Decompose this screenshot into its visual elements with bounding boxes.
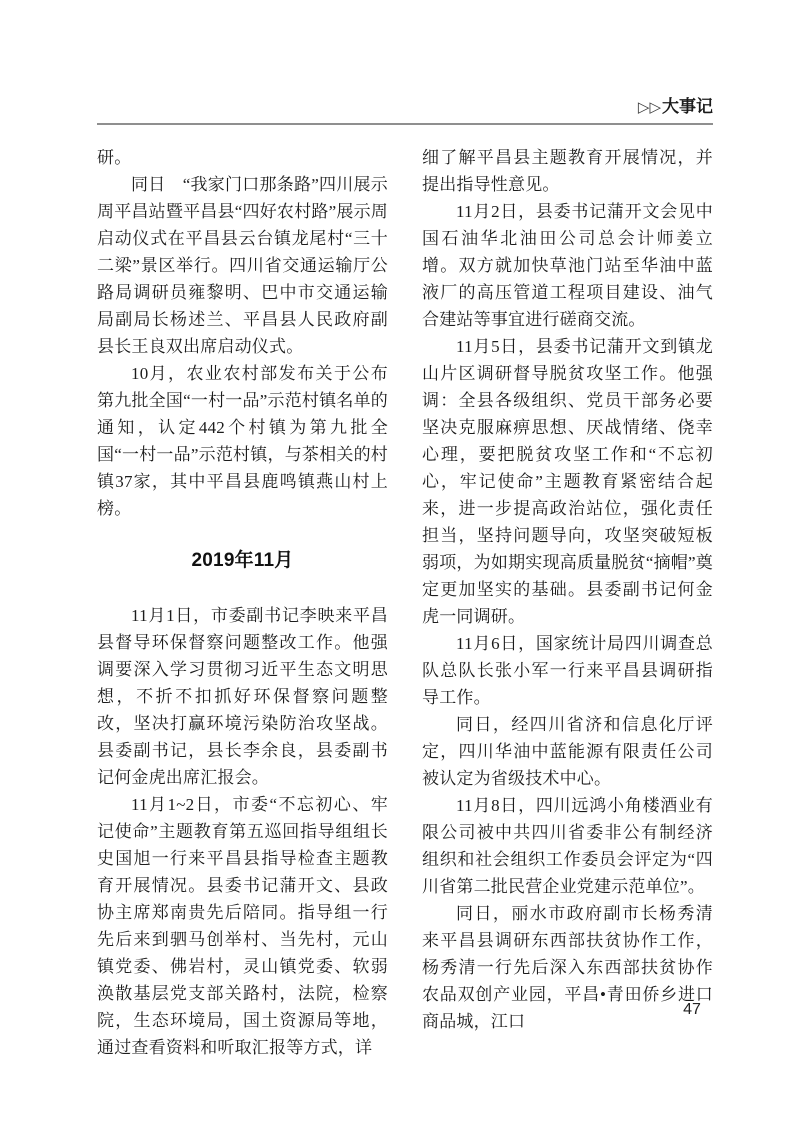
page-content: ▷▷大事记 研。同日 “我家门口那条路”四川展示周平昌站暨平昌县“四好农村路”展… bbox=[97, 97, 713, 1061]
paragraph: 11月8日，四川远鸿小角楼酒业有限公司被中共四川省委非公有制经济组织和社会组织工… bbox=[422, 792, 713, 900]
header-title: 大事记 bbox=[662, 97, 713, 116]
right-column: 细了解平昌县主题教育开展情况，并提出指导性意见。11月2日，县委书记蒲开文会见中… bbox=[422, 144, 713, 1061]
running-header: ▷▷大事记 bbox=[97, 97, 713, 118]
paragraph: 11月1~2日，市委“不忘初心、牢记使命”主题教育第五巡回指导组组长史国旭一行来… bbox=[97, 791, 388, 1061]
paragraph: 同日，经四川省济和信息化厅评定，四川华油中蓝能源有限责任公司被认定为省级技术中心… bbox=[422, 711, 713, 792]
paragraph: 11月1日，市委副书记李映来平昌县督导环保督察问题整改工作。他强调要深入学习贯彻… bbox=[97, 602, 388, 791]
paragraph: 11月6日，国家统计局四川调查总队总队长张小军一行来平昌县调研指导工作。 bbox=[422, 630, 713, 711]
page-number: 47 bbox=[668, 1001, 716, 1019]
text-columns: 研。同日 “我家门口那条路”四川展示周平昌站暨平昌县“四好农村路”展示周启动仪式… bbox=[97, 144, 713, 1061]
section-heading: 2019年11月 bbox=[97, 547, 388, 574]
document-page: ▷▷大事记 研。同日 “我家门口那条路”四川展示周平昌站暨平昌县“四好农村路”展… bbox=[0, 0, 793, 1122]
paragraph: 研。 bbox=[97, 144, 388, 171]
paragraph: 11月2日，县委书记蒲开文会见中国石油华北油田公司总会计师姜立增。双方就加快草池… bbox=[422, 198, 713, 333]
header-arrows-icon: ▷▷ bbox=[638, 99, 661, 116]
paragraph: 同日 “我家门口那条路”四川展示周平昌站暨平昌县“四好农村路”展示周启动仪式在平… bbox=[97, 171, 388, 360]
paragraph: 细了解平昌县主题教育开展情况，并提出指导性意见。 bbox=[422, 144, 713, 198]
paragraph: 10月，农业农村部发布关于公布第九批全国“一村一品”示范村镇名单的通知，认定44… bbox=[97, 360, 388, 522]
left-column: 研。同日 “我家门口那条路”四川展示周平昌站暨平昌县“四好农村路”展示周启动仪式… bbox=[97, 144, 388, 1061]
header-rule bbox=[97, 123, 713, 125]
paragraph: 11月5日，县委书记蒲开文到镇龙山片区调研督导脱贫攻坚工作。他强调：全县各级组织… bbox=[422, 333, 713, 630]
